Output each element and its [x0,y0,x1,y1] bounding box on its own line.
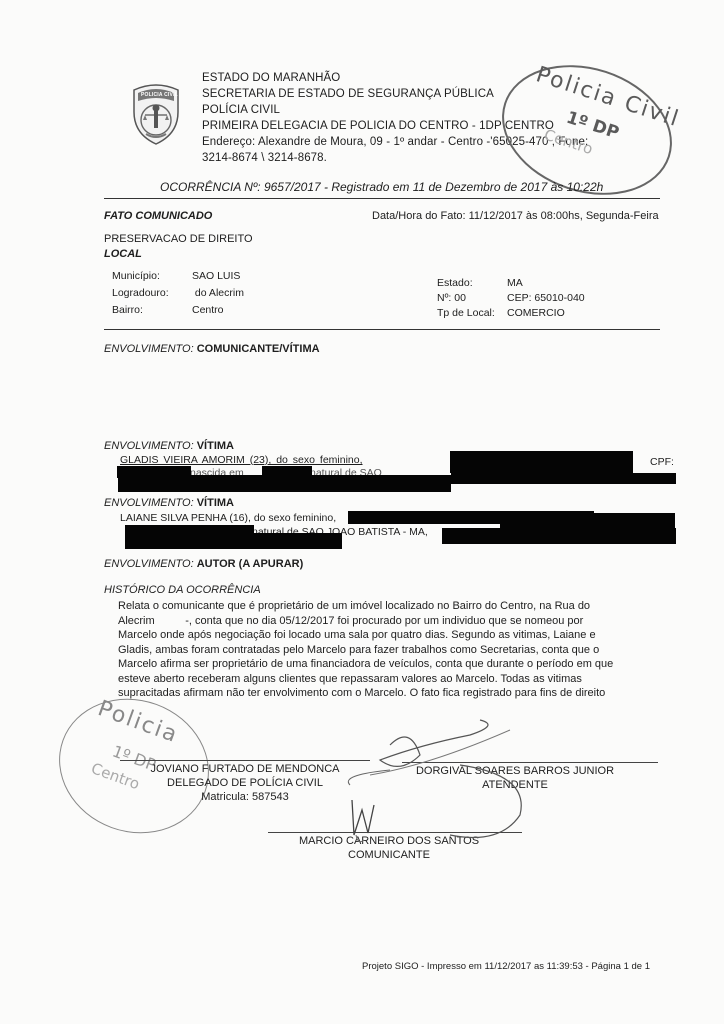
historico-line: Alecrim -, conta que no dia 05/12/2017 f… [118,614,662,629]
police-badge-emblem: POLICIA CIVIL [128,82,184,146]
redaction-block [442,528,676,544]
historico-line: Gladis, ambas foram contratadas pelo Mar… [118,643,662,658]
victim-1-cpf-label: CPF: [650,456,674,468]
stamp-bottom-line1: Policia [94,696,181,748]
envolvimento-role: COMUNICANTE/VÍTIMA [197,343,320,355]
local-value: COMERCIO [507,307,565,319]
fato-label: FATO COMUNICADO [104,210,212,222]
envolvimento-role: VÍTIMA [197,497,234,509]
divider-local [104,329,660,330]
local-key: Tp de Local: [437,306,507,321]
envolvimento-role: AUTOR (A APURAR) [197,558,304,570]
local-key: Estado: [437,276,507,291]
local-key: Nº: 00 [437,291,507,306]
envolvimento-label: ENVOLVIMENTO: [104,440,194,452]
envolvimento-vitima-1: ENVOLVIMENTO: VÍTIMA [104,440,234,452]
envolvimento-label: ENVOLVIMENTO: [104,558,194,570]
local-value: SAO LUIS [192,270,240,282]
local-row-municipio: Município:SAO LUIS [112,268,244,285]
local-right-table: Estado:MA Nº: 00CEP: 65010-040 Tp de Loc… [437,276,585,321]
badge-text: POLICIA CIVIL [141,92,178,98]
envolvimento-autor: ENVOLVIMENTO: AUTOR (A APURAR) [104,558,303,570]
footer-print-info: Projeto SIGO - Impresso em 11/12/2017 as… [362,961,650,972]
redaction-block [118,475,451,492]
envolvimento-comunicante: ENVOLVIMENTO: COMUNICANTE/VÍTIMA [104,343,320,355]
divider-top [104,198,660,199]
local-value: do Alecrim [192,287,244,299]
redaction-block [450,451,633,473]
redaction-block [451,473,676,484]
historico-line: esteve aberto receberam alguns clientes … [118,672,662,687]
local-key: Município: [112,268,192,285]
local-row-numero: Nº: 00CEP: 65010-040 [437,291,585,306]
fato-type: PRESERVACAO DE DIREITO [104,233,253,245]
local-row-tipo: Tp de Local:COMERCIO [437,306,585,321]
historico-line: Marcelo afirma ser proprietário de uma f… [118,657,662,672]
victim-2-details: LAIANE SILVA PENHA (16), do sexo feminin… [120,512,336,524]
historico-line: Marcelo onde após negociação foi locado … [118,628,662,643]
redaction-block [500,513,675,529]
historico-line: Relata o comunicante que é proprietário … [118,599,662,614]
local-value: CEP: 65010-040 [507,292,585,304]
local-left-table: Município:SAO LUIS Logradouro: do Alecri… [112,268,244,319]
historico-body: Relata o comunicante que é proprietário … [118,599,662,701]
victim-1-details: GLADIS VIEIRA AMORIM (23), do sexo femin… [120,454,363,466]
local-key: Bairro: [112,302,192,319]
local-row-logradouro: Logradouro: do Alecrim [112,285,244,302]
handwritten-signatures-icon [330,715,550,855]
historico-line: supracitadas afirmam não ter envolviment… [118,686,662,701]
local-row-bairro: Bairro:Centro [112,302,244,319]
local-key: Logradouro: [112,285,192,302]
redaction-block [125,525,254,533]
historico-label: HISTÓRICO DA OCORRÊNCIA [104,584,261,596]
fato-datetime: Data/Hora do Fato: 11/12/2017 às 08:00hs… [372,210,659,222]
envolvimento-role: VÍTIMA [197,440,234,452]
local-value: Centro [192,304,224,316]
redaction-block [125,533,342,549]
envolvimento-label: ENVOLVIMENTO: [104,497,194,509]
occurrence-title: OCORRÊNCIA Nº: 9657/2017 - Registrado em… [160,180,603,194]
envolvimento-label: ENVOLVIMENTO: [104,343,194,355]
local-row-estado: Estado:MA [437,276,585,291]
envolvimento-vitima-2: ENVOLVIMENTO: VÍTIMA [104,497,234,509]
local-value: MA [507,277,523,289]
local-label: LOCAL [104,248,142,260]
